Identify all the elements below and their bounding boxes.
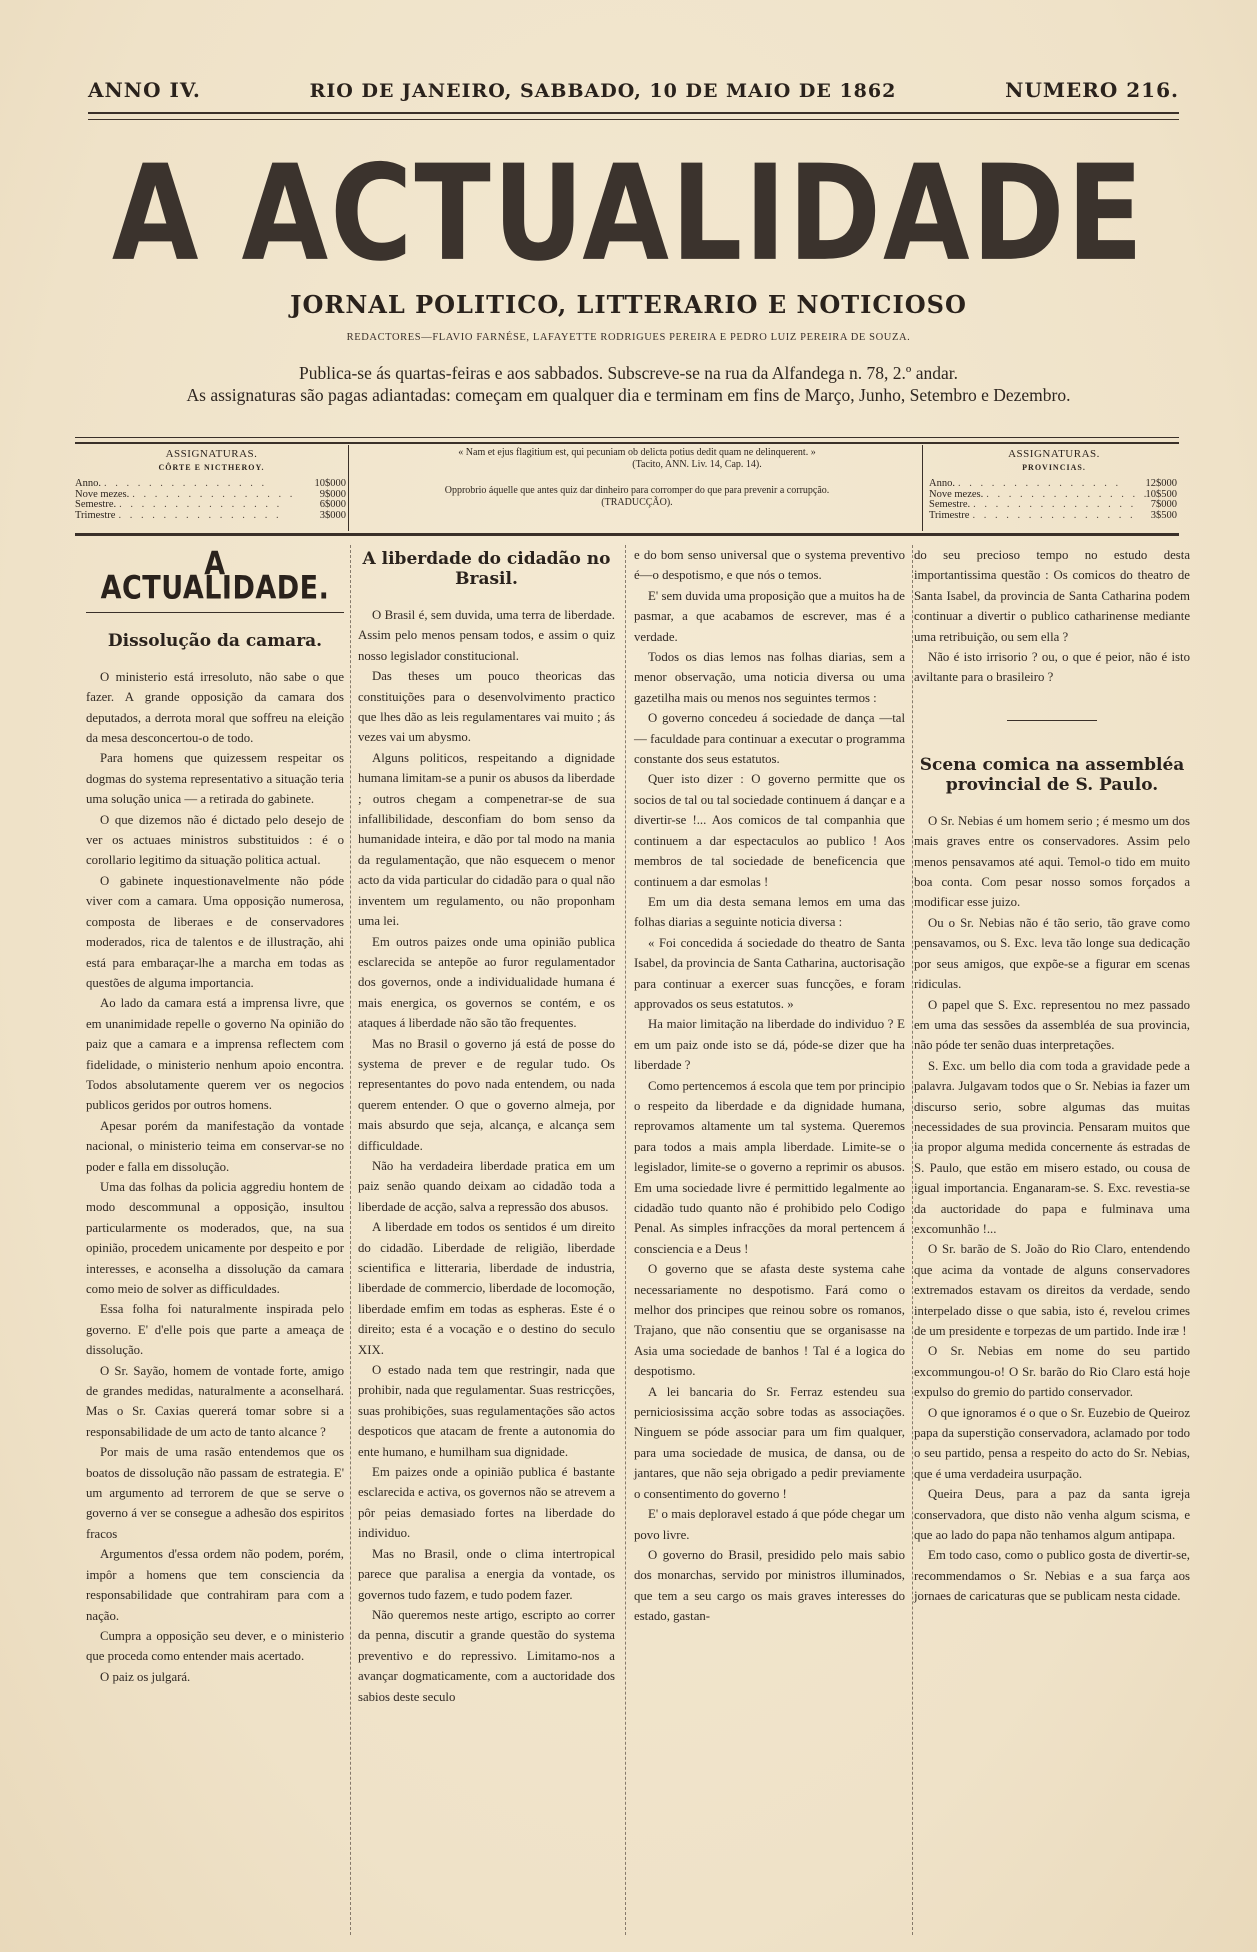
paragraph: Alguns politicos, respeitando a dignidad… <box>358 748 615 932</box>
paragraph: Das theses um pouco theoricas das consti… <box>358 666 615 748</box>
paragraph: O governo que se afasta deste systema ca… <box>634 1259 905 1381</box>
price-label: Trimestre <box>75 511 115 522</box>
paragraph: Queira Deus, para a paz da santa igreja … <box>914 1484 1190 1545</box>
publication-info: Publica-se ás quartas-feiras e aos sabba… <box>0 362 1257 406</box>
price-label: Trimestre <box>929 511 969 522</box>
paragraph: O que dizemos não é dictado pelo desejo … <box>86 810 344 871</box>
column-divider <box>625 545 626 1935</box>
price-value: 6$000 <box>320 500 346 511</box>
paragraph: O Sr. barão de S. João do Rio Claro, ent… <box>914 1239 1190 1341</box>
price-label: Anno. <box>929 479 955 490</box>
section-rule <box>86 612 344 613</box>
epigraph-translation: Opprobrio áquelle que antes quiz dar din… <box>365 485 909 497</box>
leader-dots: . . . . . . . . . . . . . . . <box>955 479 1146 490</box>
column-1: A ACTUALIDADE. Dissolução da camara. O m… <box>86 545 344 1687</box>
price-value: 10$000 <box>315 479 347 490</box>
column-divider <box>350 545 351 1935</box>
paragraph: Mas no Brasil o governo já está de posse… <box>358 1034 615 1156</box>
section-title: A ACTUALIDADE. <box>86 553 344 602</box>
dateline: RIO DE JANEIRO, SABBADO, 10 DE MAIO DE 1… <box>310 80 897 102</box>
price-row: Trimestre. . . . . . . . . . . . . . .3$… <box>75 511 348 522</box>
paragraph: S. Exc. um bello dia com toda a gravidad… <box>914 1056 1190 1240</box>
volume-number: ANNO IV. <box>88 78 201 102</box>
paragraph: O papel que S. Exc. representou no mez p… <box>914 995 1190 1056</box>
epigraph-latin-citation: (Tacito, ANN. Liv. 14, Cap. 14). <box>365 459 909 471</box>
paragraph: Por mais de uma rasão entendemos que os … <box>86 1442 344 1544</box>
column-3: e do bom senso universal que o systema p… <box>634 545 905 1627</box>
price-value: 7$000 <box>1151 500 1177 511</box>
article-title-scena: Scena comica na assembléa provincial de … <box>914 755 1190 795</box>
subscriptions-region: CÔRTE E NICTHEROY. <box>75 463 348 472</box>
paragraph: Essa folha foi naturalmente inspirada pe… <box>86 1299 344 1360</box>
article-title-liberdade: A liberdade do cidadão no Brasil. <box>358 549 615 589</box>
paragraph: Argumentos d'essa ordem não podem, porém… <box>86 1544 344 1626</box>
leader-dots: . . . . . . . . . . . . . . . <box>970 500 1151 511</box>
paragraph: O paiz os julgará. <box>86 1667 344 1687</box>
publication-line-1: Publica-se ás quartas-feiras e aos sabba… <box>0 362 1257 384</box>
publication-line-2: As assignaturas são pagas adiantadas: co… <box>0 384 1257 406</box>
paragraph: O gabinete inquestionavelmente não póde … <box>86 871 344 993</box>
paragraph: Mas no Brasil, onde o clima intertropica… <box>358 1544 615 1605</box>
subscriptions-corte: ASSIGNATURAS. CÔRTE E NICTHEROY. Anno.. … <box>75 445 349 531</box>
paragraph: Em paizes onde a opinião publica é basta… <box>358 1462 615 1544</box>
paragraph: Ao lado da camara está a imprensa livre,… <box>86 993 344 1115</box>
paragraph: Uma das folhas da policia aggrediu honte… <box>86 1177 344 1299</box>
epigraph: « Nam et ejus flagitium est, qui pecunia… <box>365 447 909 509</box>
article-separator <box>1007 720 1097 721</box>
paragraph: O Sr. Nebias em nome do seu partido exco… <box>914 1341 1190 1402</box>
paragraph: A lei bancaria do Sr. Ferraz estendeu su… <box>634 1382 905 1504</box>
leader-dots: . . . . . . . . . . . . . . . <box>983 490 1145 501</box>
masthead-title: A ACTUALIDADE <box>0 148 1257 280</box>
paragraph: e do bom senso universal que o systema p… <box>634 545 905 586</box>
leader-dots: . . . . . . . . . . . . . . . <box>969 511 1150 522</box>
subscriptions-region: PROVINCIAS. <box>929 463 1179 472</box>
editors-line: REDACTORES—FLAVIO FARNÉSE, LAFAYETTE ROD… <box>0 332 1257 343</box>
paragraph: Não queremos neste artigo, escripto ao c… <box>358 1605 615 1707</box>
paragraph: E' o mais deploravel estado á que póde c… <box>634 1504 905 1545</box>
price-label: Anno. <box>75 479 101 490</box>
paragraph: O que ignoramos é o que o Sr. Euzebio de… <box>914 1403 1190 1485</box>
price-value: 3$500 <box>1151 511 1177 522</box>
paragraph: « Foi concedida á sociedade do theatro d… <box>634 933 905 1015</box>
dateline-bar: ANNO IV. RIO DE JANEIRO, SABBADO, 10 DE … <box>88 78 1179 102</box>
paragraph: Em outros paizes onde uma opinião public… <box>358 932 615 1034</box>
price-label: Semestre. <box>929 500 970 511</box>
leader-dots: . . . . . . . . . . . . . . . <box>115 511 319 522</box>
subscriptions-provincias: ASSIGNATURAS. PROVINCIAS. Anno.. . . . .… <box>922 445 1179 531</box>
price-row: Semestre.. . . . . . . . . . . . . . .6$… <box>75 500 348 511</box>
paragraph: E' sem duvida uma proposição que a muito… <box>634 586 905 647</box>
newspaper-page: ANNO IV. RIO DE JANEIRO, SABBADO, 10 DE … <box>0 0 1257 1952</box>
paragraph: Quer isto dizer : O governo permitte que… <box>634 769 905 891</box>
paragraph: A liberdade em todos os sentidos é um di… <box>358 1217 615 1360</box>
price-row: Trimestre. . . . . . . . . . . . . . .3$… <box>929 511 1179 522</box>
leader-dots: . . . . . . . . . . . . . . . <box>101 479 315 490</box>
paragraph: O Brasil é, sem duvida, uma terra de lib… <box>358 605 615 666</box>
subscriptions-heading: ASSIGNATURAS. <box>929 448 1179 460</box>
paragraph: Em todo caso, como o publico gosta de di… <box>914 1545 1190 1606</box>
price-row: Anno.. . . . . . . . . . . . . . .12$000 <box>929 479 1179 490</box>
paragraph: Todos os dias lemos nas folhas diarias, … <box>634 647 905 708</box>
info-bar-rule <box>75 437 1179 444</box>
paragraph: do seu precioso tempo no estudo desta im… <box>914 545 1190 647</box>
paragraph: Não ha verdadeira liberdade pratica em u… <box>358 1156 615 1217</box>
info-bar: ASSIGNATURAS. CÔRTE E NICTHEROY. Anno.. … <box>75 437 1179 536</box>
article-title-dissolucao: Dissolução da camara. <box>86 631 344 651</box>
price-label: Semestre. <box>75 500 116 511</box>
paragraph: Apesar porém da manifestação da vontade … <box>86 1116 344 1177</box>
price-row: Anno.. . . . . . . . . . . . . . .10$000 <box>75 479 348 490</box>
paragraph: Em um dia desta semana lemos em uma das … <box>634 892 905 933</box>
paragraph: Ha maior limitação na liberdade do indiv… <box>634 1014 905 1075</box>
paragraph: Não é isto irrisorio ? ou, o que é peior… <box>914 647 1190 688</box>
paragraph: O ministerio está irresoluto, não sabe o… <box>86 667 344 749</box>
paragraph: Como pertencemos á escola que tem por pr… <box>634 1076 905 1260</box>
issue-number: NUMERO 216. <box>1005 78 1179 102</box>
paragraph: O estado nada tem que restringir, nada q… <box>358 1360 615 1462</box>
price-value: 3$000 <box>320 511 346 522</box>
paragraph: O Sr. Sayão, homem de vontade forte, ami… <box>86 1361 344 1443</box>
column-2: A liberdade do cidadão no Brasil. O Bras… <box>358 545 615 1707</box>
epigraph-latin: « Nam et ejus flagitium est, qui pecunia… <box>365 447 909 459</box>
leader-dots: . . . . . . . . . . . . . . . <box>116 500 320 511</box>
paragraph: Cumpra a opposição seu dever, e o minist… <box>86 1626 344 1667</box>
paragraph: O governo do Brasil, presidido pelo mais… <box>634 1545 905 1627</box>
price-row: Semestre.. . . . . . . . . . . . . . .7$… <box>929 500 1179 511</box>
paragraph: O Sr. Nebias é um homem serio ; é mesmo … <box>914 811 1190 913</box>
subscriptions-heading: ASSIGNATURAS. <box>75 448 348 460</box>
paragraph: Ou o Sr. Nebias não é tão serio, tão gra… <box>914 913 1190 995</box>
leader-dots: . . . . . . . . . . . . . . . <box>129 490 320 501</box>
column-divider <box>912 545 913 1935</box>
header-rule <box>88 112 1179 120</box>
column-4: do seu precioso tempo no estudo desta im… <box>914 545 1190 1607</box>
paragraph: Para homens que quizessem respeitar os d… <box>86 748 344 809</box>
price-value: 12$000 <box>1146 479 1178 490</box>
paragraph: O governo concedeu á sociedade de dança … <box>634 708 905 769</box>
epigraph-translation-citation: (TRADUCÇÃO). <box>365 497 909 509</box>
masthead-subtitle: JORNAL POLITICO, LITTERARIO E NOTICIOSO <box>0 290 1257 319</box>
